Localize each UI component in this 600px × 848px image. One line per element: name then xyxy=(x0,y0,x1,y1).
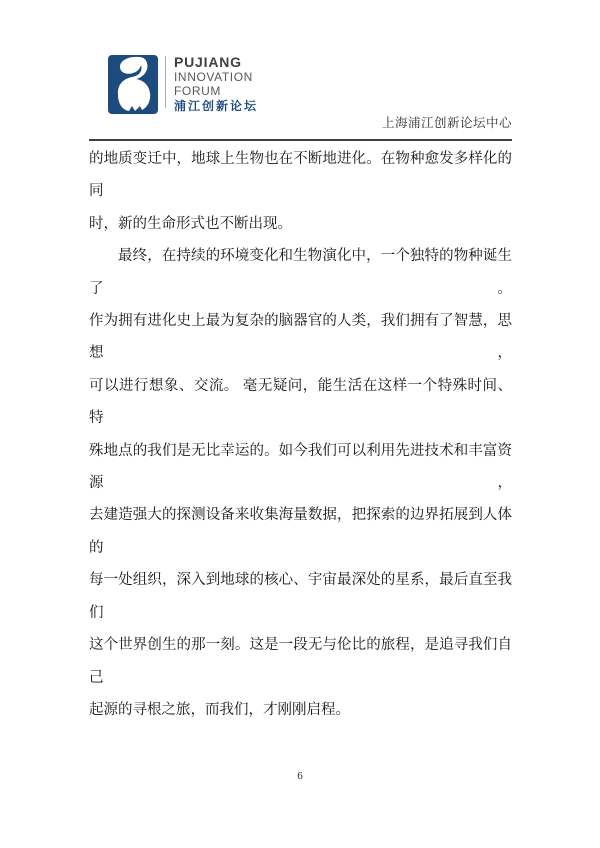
brand-word-innovation: INNOVATION xyxy=(174,70,258,84)
body-text-line: 起源的寻根之旅，而我们，才刚刚启程。 xyxy=(89,694,512,726)
brand-name-en: PUJIANG xyxy=(174,55,258,70)
body-text-line: 每一处组织，深入到地球的核心、宇宙最深处的星系，最后直至我们 xyxy=(89,564,512,629)
header-org-name: 上海浦江创新论坛中心 xyxy=(382,113,512,131)
brand-divider xyxy=(165,56,166,108)
body-text-line: 可以进行想象、交流。 毫无疑问，能生活在这样一个特殊时间、特 xyxy=(89,370,512,435)
header-rule xyxy=(89,139,512,141)
body-text-line: 时，新的生命形式也不断出现。 xyxy=(89,208,512,240)
brand-block: PUJIANG INNOVATION FORUM 浦江创新论坛 xyxy=(108,55,258,114)
page-number: 6 xyxy=(0,770,600,782)
body-text-line: 作为拥有进化史上最为复杂的脑器官的人类，我们拥有了智慧，思想， xyxy=(89,305,512,370)
body-text-line: 去建造强大的探测设备来收集海量数据，把探索的边界拓展到人体的 xyxy=(89,499,512,564)
pujiang-forum-logo-icon xyxy=(108,55,158,114)
body-text-line: 最终，在持续的环境变化和生物演化中，一个独特的物种诞生了。 xyxy=(89,240,512,305)
brand-text-block: PUJIANG INNOVATION FORUM 浦江创新论坛 xyxy=(174,55,258,114)
body-text-line: 殊地点的我们是无比幸运的。如今我们可以利用先进技术和丰富资源， xyxy=(89,435,512,500)
body-text-line: 这个世界创生的那一刻。这是一段无与伦比的旅程，是追寻我们自己 xyxy=(89,629,512,694)
brand-word-forum: FORUM xyxy=(174,84,258,98)
body-text-line: 的地质变迁中，地球上生物也在不断地进化。在物种愈发多样化的同 xyxy=(89,143,512,208)
document-body: 的地质变迁中，地球上生物也在不断地进化。在物种愈发多样化的同时，新的生命形式也不… xyxy=(89,143,512,726)
brand-name-zh: 浦江创新论坛 xyxy=(174,99,258,114)
document-page: PUJIANG INNOVATION FORUM 浦江创新论坛 上海浦江创新论坛… xyxy=(0,0,600,848)
